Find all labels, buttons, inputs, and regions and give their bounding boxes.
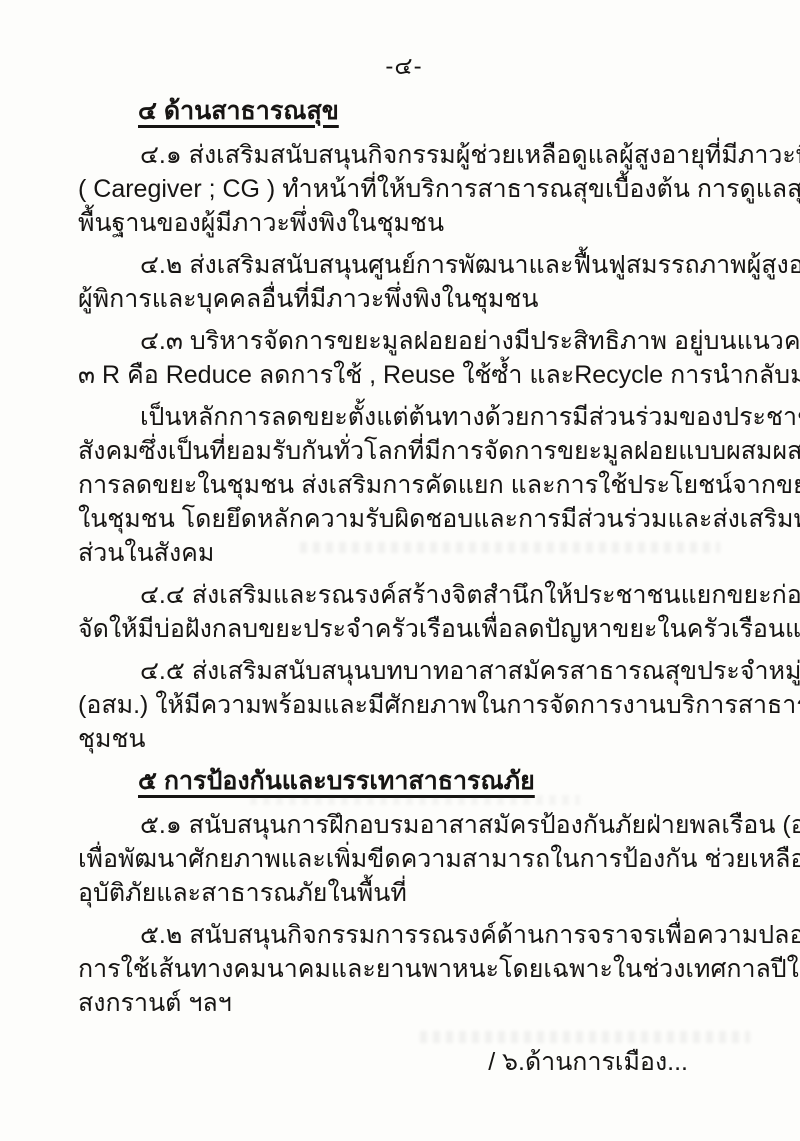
- text-line: ๔.๕ ส่งเสริมสนับสนุนบทบาทอาสาสมัครสาธารณ…: [78, 654, 730, 688]
- text-line: เป็นหลักการลดขยะตั้งแต่ต้นทางด้วยการมีส่…: [78, 400, 730, 434]
- section-heading: ๔ ด้านสาธารณสุข: [138, 94, 730, 128]
- text-line: ๓ R คือ Reduce ลดการใช้ , Reuse ใช้ซ้ำ แ…: [78, 358, 730, 392]
- text-line: สังคมซึ่งเป็นที่ยอมรับกันทั่วโลกที่มีการ…: [78, 434, 730, 468]
- paragraph: ๕.๒ สนับสนุนกิจกรรมการรณรงค์ด้านการจราจร…: [78, 918, 730, 1020]
- paragraph: ๔.๔ ส่งเสริมและรณรงค์สร้างจิตสำนึกให้ประ…: [78, 578, 730, 646]
- paragraph: ๔.๒ ส่งเสริมสนับสนุนศูนย์การพัฒนาและฟื้น…: [78, 248, 730, 316]
- text-line: ๔.๓ บริหารจัดการขยะมูลฝอยอย่างมีประสิทธิ…: [78, 324, 730, 358]
- paragraph: ๔.๑ ส่งเสริมสนับสนุนกิจกรรมผู้ช่วยเหลือด…: [78, 138, 730, 240]
- continuation-note: / ๖.ด้านการเมือง...: [488, 1046, 688, 1078]
- scanned-document-page: -๔- ๔ ด้านสาธารณสุข๔.๑ ส่งเสริมสนับสนุนก…: [0, 0, 800, 1141]
- text-line: ( Caregiver ; CG ) ทำหน้าที่ให้บริการสาธ…: [78, 172, 730, 206]
- text-line: ๔.๔ ส่งเสริมและรณรงค์สร้างจิตสำนึกให้ประ…: [78, 578, 730, 612]
- ink-bleedthrough-smudge: [420, 1031, 750, 1043]
- paragraph: เป็นหลักการลดขยะตั้งแต่ต้นทางด้วยการมีส่…: [78, 400, 730, 570]
- text-line: พื้นฐานของผู้มีภาวะพึ่งพิงในชุมชน: [78, 206, 730, 240]
- text-line: ในชุมชน โดยยึดหลักความรับผิดชอบและการมีส…: [78, 502, 730, 536]
- paragraph: ๔.๓ บริหารจัดการขยะมูลฝอยอย่างมีประสิทธิ…: [78, 324, 730, 392]
- page-number: -๔-: [78, 52, 730, 88]
- text-line: ชุมชน: [78, 722, 730, 756]
- text-line: การลดขยะในชุมชน ส่งเสริมการคัดแยก และการ…: [78, 468, 730, 502]
- paragraph: ๕.๑ สนับสนุนการฝึกอบรมอาสาสมัครป้องกันภั…: [78, 808, 730, 910]
- text-line: สงกรานต์ ฯลฯ: [78, 986, 730, 1020]
- text-line: จัดให้มีบ่อฝังกลบขยะประจำครัวเรือนเพื่อล…: [78, 612, 730, 646]
- text-line: (อสม.) ให้มีความพร้อมและมีศักยภาพในการจั…: [78, 688, 730, 722]
- text-line: ส่วนในสังคม: [78, 536, 730, 570]
- paragraph: ๔.๕ ส่งเสริมสนับสนุนบทบาทอาสาสมัครสาธารณ…: [78, 654, 730, 756]
- text-line: ๔.๒ ส่งเสริมสนับสนุนศูนย์การพัฒนาและฟื้น…: [78, 248, 730, 282]
- text-line: ๕.๑ สนับสนุนการฝึกอบรมอาสาสมัครป้องกันภั…: [78, 808, 730, 842]
- text-line: การใช้เส้นทางคมนาคมและยานพาหนะโดยเฉพาะใน…: [78, 952, 730, 986]
- text-line: ๕.๒ สนับสนุนกิจกรรมการรณรงค์ด้านการจราจร…: [78, 918, 730, 952]
- text-line: ผู้พิการและบุคคลอื่นที่มีภาวะพึ่งพิงในชุ…: [78, 282, 730, 316]
- text-line: อุบัติภัยและสาธารณภัยในพื้นที่: [78, 876, 730, 910]
- text-line: ๔.๑ ส่งเสริมสนับสนุนกิจกรรมผู้ช่วยเหลือด…: [78, 138, 730, 172]
- document-body: ๔ ด้านสาธารณสุข๔.๑ ส่งเสริมสนับสนุนกิจกร…: [78, 94, 730, 1020]
- text-line: เพื่อพัฒนาศักยภาพและเพิ่มขีดความสามารถใน…: [78, 842, 730, 876]
- section-heading: ๕ การป้องกันและบรรเทาสาธารณภัย: [138, 764, 730, 798]
- page-content: -๔- ๔ ด้านสาธารณสุข๔.๑ ส่งเสริมสนับสนุนก…: [0, 0, 800, 1028]
